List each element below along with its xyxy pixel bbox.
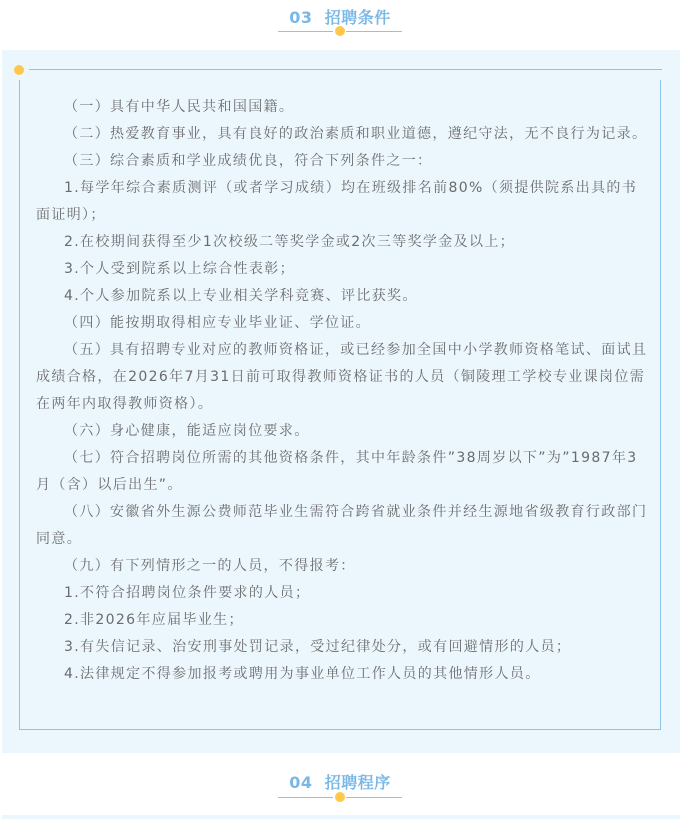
conditions-panel: （一）具有中华人民共和国国籍。 （二）热爱教育事业，具有良好的政治素质和职业道德… — [2, 50, 680, 753]
conditions-box: （一）具有中华人民共和国国籍。 （二）热爱教育事业，具有良好的政治素质和职业道德… — [19, 80, 661, 730]
heading-rule-left — [278, 31, 333, 32]
heading-rule-left — [278, 797, 333, 798]
heading-dot-icon — [335, 26, 345, 36]
exclusion-item-3: 3.有失信记录、治安刑事处罚记录，受过纪律处分，或有回避情形的人员； — [36, 634, 650, 661]
condition-item-6: （六）身心健康，能适应岗位要求。 — [36, 418, 650, 445]
condition-item-4: （四）能按期取得相应专业毕业证、学位证。 — [36, 310, 650, 337]
section-heading-04: 04 招聘程序 — [0, 762, 680, 819]
section-heading-03: 03 招聘条件 — [0, 0, 680, 40]
condition-item-3: （三）综合素质和学业成绩优良，符合下列条件之一： — [36, 148, 650, 175]
condition-item-7: （七）符合招聘岗位所需的其他资格条件，其中年龄条件”38周岁以下”为”1987年… — [36, 445, 650, 499]
condition-item-2: （二）热爱教育事业，具有良好的政治素质和职业道德，遵纪守法，无不良行为记录。 — [36, 121, 650, 148]
next-panel-top — [2, 815, 680, 819]
condition-subitem-3-1: 1.每学年综合素质测评（或者学习成绩）均在班级排名前80%（须提供院系出具的书面… — [36, 175, 650, 229]
section-title-04: 04 招聘程序 — [0, 770, 680, 793]
condition-item-8: （八）安徽省外生源公费师范毕业生需符合跨省就业条件并经生源地省级教育行政部门同意… — [36, 499, 650, 553]
heading-rule-right — [346, 31, 402, 32]
exclusion-item-2: 2.非2026年应届毕业生； — [36, 607, 650, 634]
corner-dot-icon — [14, 65, 24, 75]
panel-top-rule — [29, 69, 662, 70]
condition-item-1: （一）具有中华人民共和国国籍。 — [36, 94, 650, 121]
condition-subitem-3-2: 2.在校期间获得至少1次校级二等奖学金或2次三等奖学金及以上； — [36, 229, 650, 256]
condition-subitem-3-3: 3.个人受到院系以上综合性表彰； — [36, 256, 650, 283]
section-title-03: 03 招聘条件 — [0, 5, 680, 28]
heading-rule-right — [346, 797, 402, 798]
conditions-content: （一）具有中华人民共和国国籍。 （二）热爱教育事业，具有良好的政治素质和职业道德… — [36, 94, 650, 688]
heading-dot-icon — [335, 792, 345, 802]
exclusion-item-4: 4.法律规定不得参加报考或聘用为事业单位工作人员的其他情形人员。 — [36, 661, 650, 688]
condition-item-5: （五）具有招聘专业对应的教师资格证，或已经参加全国中小学教师资格笔试、面试且成绩… — [36, 337, 650, 418]
condition-item-9: （九）有下列情形之一的人员，不得报考： — [36, 553, 650, 580]
condition-subitem-3-4: 4.个人参加院系以上专业相关学科竞赛、评比获奖。 — [36, 283, 650, 310]
exclusion-item-1: 1.不符合招聘岗位条件要求的人员； — [36, 580, 650, 607]
